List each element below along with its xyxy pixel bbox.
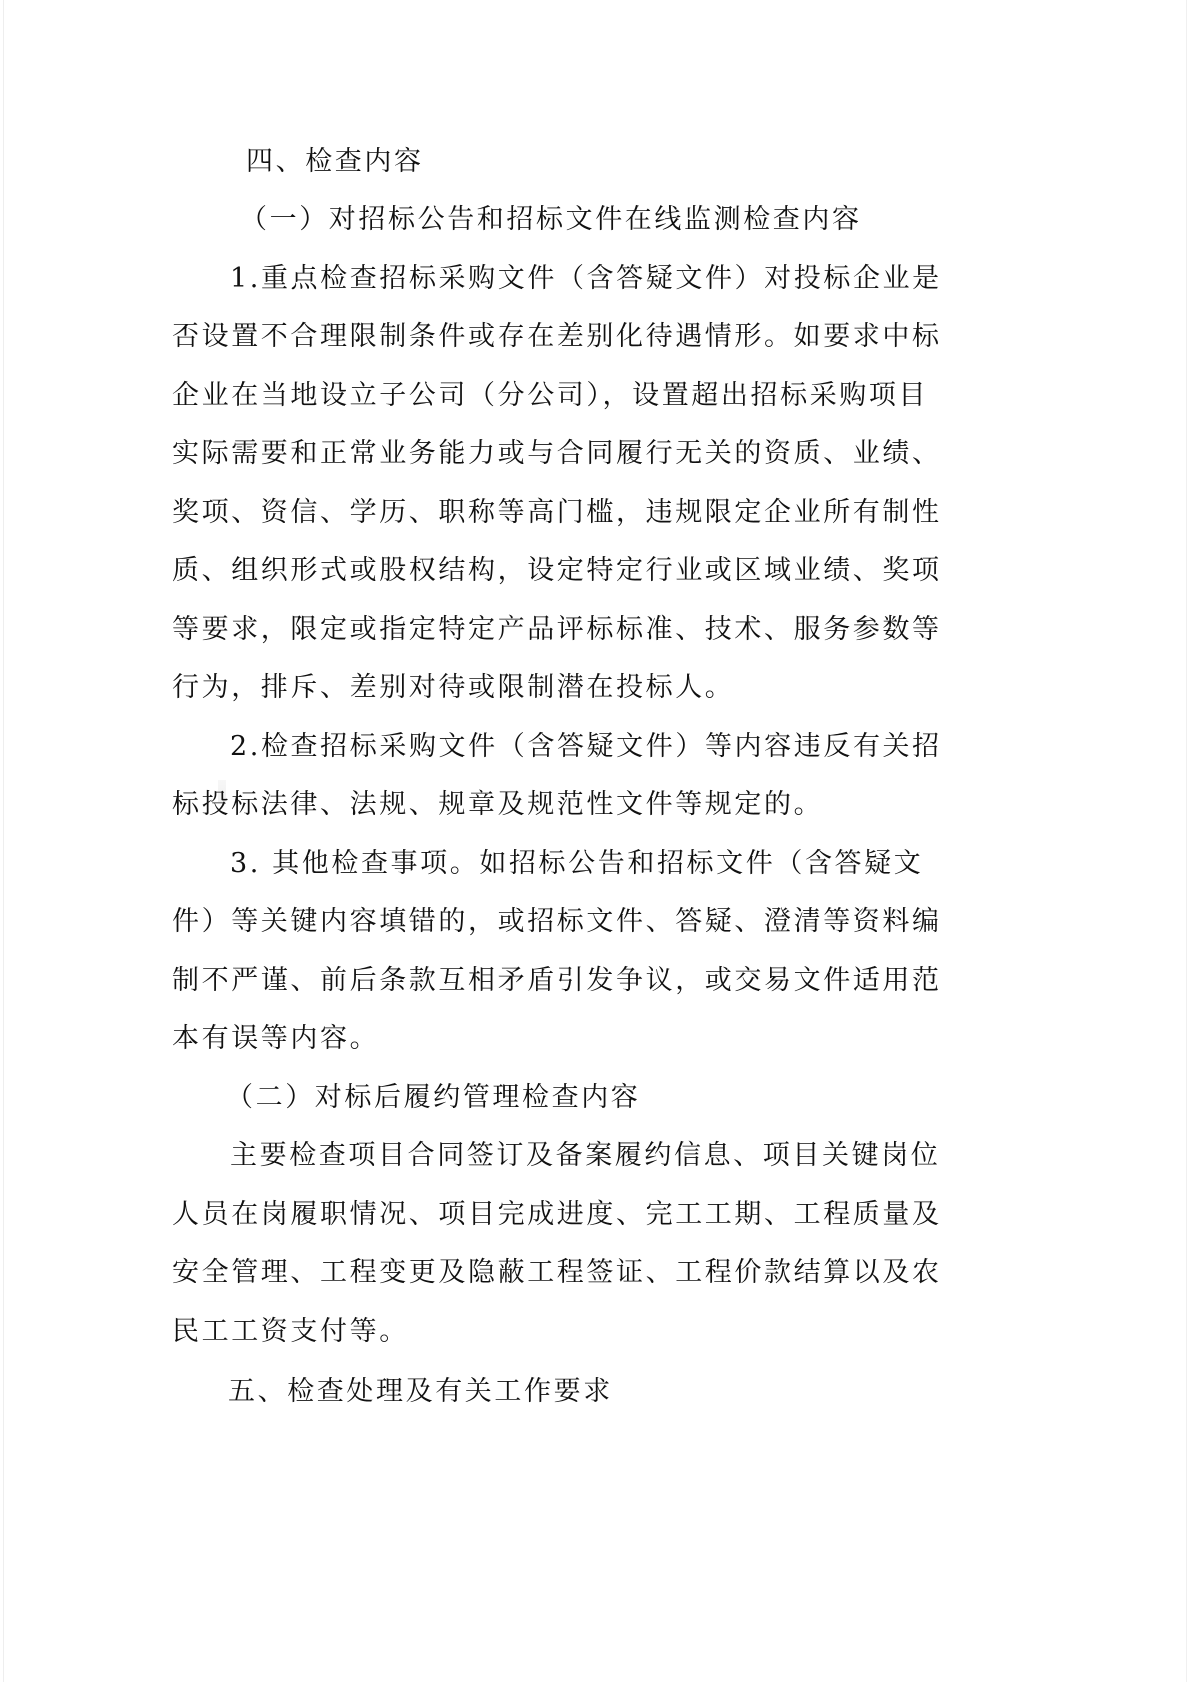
item-3-line-4: 本有误等内容。 — [172, 1019, 379, 1059]
item-3-line-2: 件）等关键内容填错的，或招标文件、答疑、澄清等资料编 — [172, 902, 942, 942]
item-1-line-8: 行为，排斥、差别对待或限制潜在投标人。 — [172, 668, 734, 708]
part-two-line-3: 安全管理、工程变更及隐蔽工程签证、工程价款结算以及农 — [172, 1253, 942, 1293]
item-3-line-1: 3. 其他检查事项。如招标公告和招标文件（含答疑文 — [230, 844, 923, 884]
section-four-heading: 四、检查内容 — [246, 142, 424, 182]
item-1-line-3: 企业在当地设立子公司（分公司），设置超出招标采购项目 — [172, 376, 928, 416]
item-1-line-4: 实际需要和正常业务能力或与合同履行无关的资质、业绩、 — [172, 434, 942, 474]
part-two-line-4: 民工工资支付等。 — [172, 1312, 409, 1352]
item-1-line-1: 1.重点检查招标采购文件（含答疑文件）对投标企业是 — [230, 259, 942, 299]
document-page: 四、检查内容 （一）对招标公告和招标文件在线监测检查内容 1.重点检查招标采购文… — [0, 0, 1190, 1682]
scan-edge-right — [1186, 0, 1187, 1682]
item-1-line-7: 等要求，限定或指定特定产品评标标准、技术、服务参数等 — [172, 610, 942, 650]
part-one-heading: （一）对招标公告和招标文件在线监测检查内容 — [240, 200, 862, 240]
part-two-line-2: 人员在岗履职情况、项目完成进度、完工工期、工程质量及 — [172, 1195, 942, 1235]
item-2-line-1: 2.检查招标采购文件（含答疑文件）等内容违反有关招 — [230, 727, 942, 767]
item-1-line-6: 质、组织形式或股权结构，设定特定行业或区域业绩、奖项 — [172, 551, 942, 591]
item-1-line-2: 否设置不合理限制条件或存在差别化待遇情形。如要求中标 — [172, 317, 942, 357]
item-3-line-3: 制不严谨、前后条款互相矛盾引发争议，或交易文件适用范 — [172, 961, 942, 1001]
item-1-line-5: 奖项、资信、学历、职称等高门槛，违规限定企业所有制性 — [172, 493, 942, 533]
part-two-line-1: 主要检查项目合同签订及备案履约信息、项目关键岗位 — [230, 1136, 940, 1176]
item-2-line-2: 标投标法律、法规、规章及规范性文件等规定的。 — [172, 785, 823, 825]
part-two-heading: （二）对标后履约管理检查内容 — [226, 1078, 640, 1118]
scan-edge-left — [3, 0, 4, 1682]
section-five-heading: 五、检查处理及有关工作要求 — [228, 1372, 613, 1412]
